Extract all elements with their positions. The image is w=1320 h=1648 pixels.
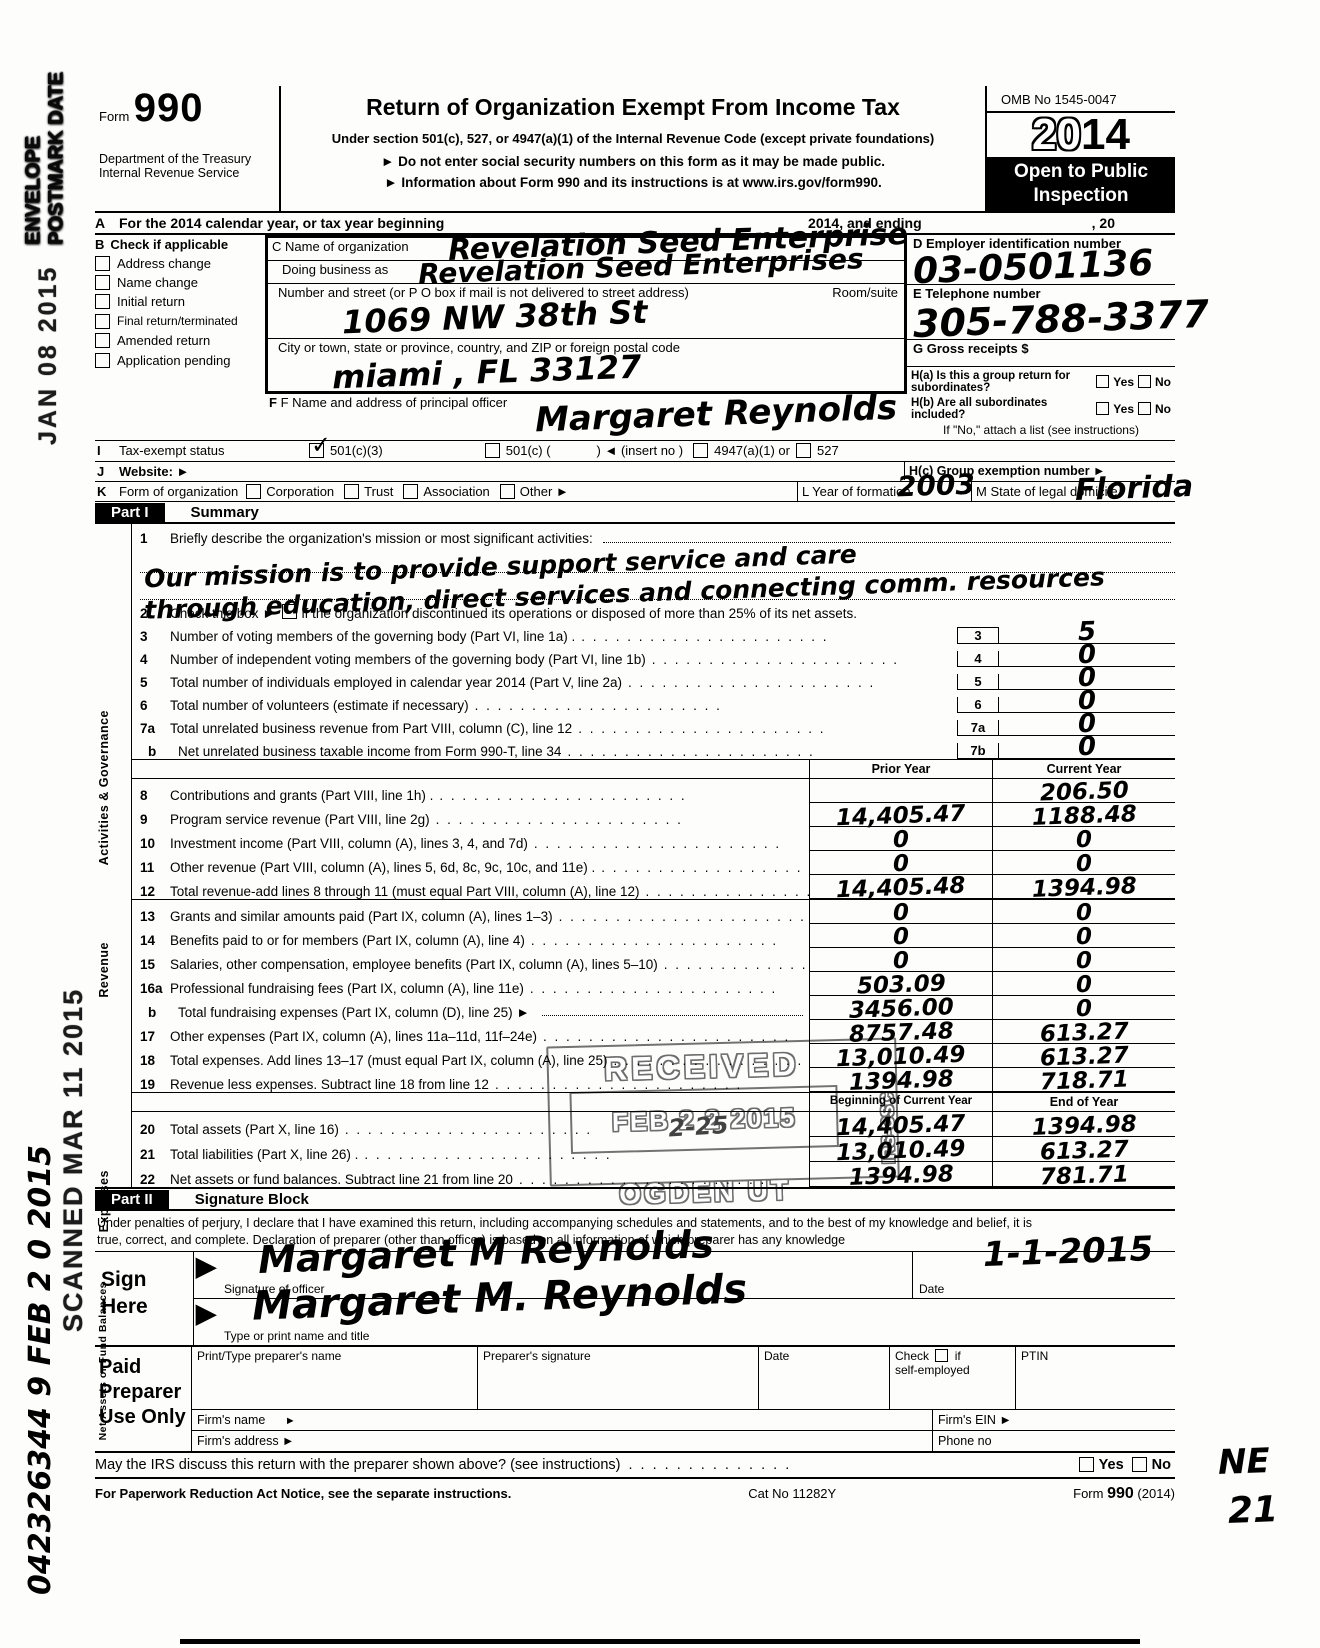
row16b-num: b [132, 1005, 178, 1020]
row7b-num: b [132, 744, 178, 759]
line-i-id: I [95, 443, 119, 458]
firm-name-cell[interactable]: Firm's name ► [192, 1410, 933, 1430]
row11-dots: . . . . . . . . . . . . . . . . . . . . … [601, 860, 809, 875]
association-checkbox[interactable] [403, 484, 418, 499]
row14-current: 0 [1076, 927, 1093, 947]
officer-signature-value: Margaret M Reynolds [258, 1228, 715, 1276]
row17-prior: 8757.48 [848, 1022, 953, 1045]
scanned-date: SCANNED MAR 11 2015 [58, 988, 88, 1332]
row15-current-cell: 0 [992, 948, 1175, 972]
row19-num: 19 [132, 1077, 170, 1092]
expense-row-16a: 16a Professional fundraising fees (Part … [132, 972, 1175, 996]
row3-text: Number of voting members of the governin… [170, 629, 581, 644]
row18-current-cell: 613.27 [992, 1044, 1175, 1068]
row10-current-cell: 0 [992, 827, 1175, 851]
row7b-dots: . . . . . . . . . . . . . . . . . . . . … [567, 744, 957, 759]
line1-num: 1 [132, 531, 170, 546]
ptin-cell[interactable]: PTIN [1016, 1347, 1175, 1409]
row8-text: Contributions and grants (Part VIII, lin… [170, 788, 439, 803]
row7b-box: 7b [957, 743, 999, 759]
here-word: Here [101, 1293, 193, 1320]
row14-num: 14 [132, 933, 170, 948]
sign-word: Sign [101, 1266, 193, 1293]
line-i: I Tax-exempt status ✓ 501(c)(3) 501(c) (… [95, 441, 1175, 462]
row14-text: Benefits paid to or for members (Part IX… [170, 933, 531, 948]
row15-prior-cell: 0 [809, 948, 992, 972]
checkbox-initial-return[interactable]: Initial return [95, 292, 265, 311]
address-block: BCheck if applicable Address change Name… [95, 235, 1175, 441]
row7a-num: 7a [132, 721, 170, 736]
row5-dots: . . . . . . . . . . . . . . . . . . . . … [628, 675, 957, 690]
row7b-text: Net unrelated business taxable income fr… [178, 744, 567, 759]
row12-prior-cell: 14,405.48 [809, 875, 992, 899]
line-a-text: For the 2014 calendar year, or tax year … [119, 215, 444, 231]
printed-name-row: ▶ Margaret M. Reynolds Type or print nam… [194, 1299, 1175, 1345]
paid-word: Paid [99, 1355, 191, 1380]
line1-text: Briefly describe the organization's miss… [170, 531, 599, 546]
row9-text: Program service revenue (Part VIII, line… [170, 812, 436, 827]
row14-current-cell: 0 [992, 924, 1175, 948]
row9-prior-cell: 14,405.47 [809, 803, 992, 827]
preparer-name-cell[interactable]: Print/Type preparer's name [192, 1347, 478, 1409]
form-word: Form [99, 109, 129, 124]
line-a-end: , 20 [1092, 215, 1115, 231]
row20-text: Total assets (Part X, line 16) [170, 1122, 345, 1137]
form-number-block: Form 990 Department of the Treasury Inte… [95, 86, 279, 211]
principal-officer-row: F F Name and address of principal office… [265, 394, 907, 440]
phone-value: 305-788-3377 [913, 298, 1210, 341]
row19-text: Revenue less expenses. Subtract line 18 … [170, 1077, 495, 1092]
postmark-line2: POSTMARK DATE [45, 72, 67, 245]
row12-current-cell: 1394.98 [992, 875, 1175, 899]
expense-row-14: 14 Benefits paid to or for members (Part… [132, 924, 1175, 948]
form-footer: For Paperwork Reduction Act Notice, see … [95, 1479, 1175, 1503]
part2-bar: Part II Signature Block [95, 1190, 1175, 1211]
part1-bar: Part I Summary [95, 503, 1175, 524]
row17-text: Other expenses (Part IX, column (A), lin… [170, 1029, 543, 1044]
year-of-formation-label: L Year of formation [802, 484, 911, 499]
preparer-word: Preparer [99, 1380, 191, 1405]
preparer-signature-cell[interactable]: Preparer's signature [478, 1347, 759, 1409]
row19-prior: 1394.98 [848, 1070, 953, 1093]
row9-dots: . . . . . . . . . . . . . . . . . . . . … [436, 812, 809, 827]
firm-address-cell[interactable]: Firm's address ► [192, 1431, 933, 1451]
discuss-no-checkbox[interactable] [1132, 1457, 1147, 1472]
sign-here-block: Sign Here ▶ Margaret M Reynolds Signatur… [95, 1251, 1175, 1347]
row10-prior-cell: 0 [809, 827, 992, 851]
firm-name-label: Firm's name [197, 1413, 265, 1427]
page-number-handwritten: 21 [1227, 1495, 1278, 1527]
line-b-id: B [95, 237, 104, 252]
application-pending-checkbox[interactable] [95, 353, 110, 368]
row5-box: 5 [957, 674, 999, 690]
preparer-row3: Firm's address ► Phone no [192, 1431, 1175, 1451]
row10-current: 0 [1076, 830, 1093, 850]
other-checkbox[interactable] [500, 484, 515, 499]
omb-number: OMB No 1545-0047 [987, 86, 1175, 111]
527-checkbox[interactable] [796, 443, 811, 458]
row16b-current: 0 [1076, 999, 1093, 1019]
preparer-date-label: Date [764, 1349, 789, 1363]
ha-yes-checkbox[interactable] [1096, 375, 1109, 388]
discontinued-checkbox[interactable] [282, 604, 297, 619]
row21-dots: . . . . . . . . . . . . . . . . . . . . … [364, 1147, 809, 1162]
gov-row-7b: b Net unrelated business taxable income … [132, 736, 1175, 759]
line-j: J Website: ► H(c) Group exemption number… [95, 462, 1175, 482]
row13-prior: 0 [893, 903, 910, 923]
row21-begin-cell: 13,010.49 [809, 1137, 992, 1162]
row18-current: 613.27 [1039, 1046, 1128, 1069]
hb-note: If "No," attach a list (see instructions… [911, 422, 1171, 438]
beginning-of-year-header: Beginning of Current Year [809, 1093, 992, 1111]
row6-dots: . . . . . . . . . . . . . . . . . . . . … [475, 698, 957, 713]
line2-pre: Check this box ► [170, 606, 282, 621]
row4-dots: . . . . . . . . . . . . . . . . . . . . … [652, 652, 957, 667]
preparer-row1: Print/Type preparer's name Preparer's si… [192, 1347, 1175, 1410]
form-990: Form 990 Department of the Treasury Inte… [95, 86, 1175, 1503]
ein-cell: D Employer identification number 03-0501… [907, 235, 1175, 286]
printed-name-label: Type or print name and title [224, 1329, 369, 1343]
org-name-box: C Name of organization Revelation Seed E… [265, 235, 907, 394]
corporation-checkbox[interactable] [246, 484, 261, 499]
checkboxes-column: BCheck if applicable Address change Name… [95, 235, 265, 440]
firm-ein-label: Firm's EIN ► [938, 1413, 1012, 1427]
discuss-yes-checkbox[interactable] [1079, 1457, 1094, 1472]
row6-box: 6 [957, 697, 999, 713]
row11-current-cell: 0 [992, 851, 1175, 875]
preparer-date-cell[interactable]: Date [759, 1347, 890, 1409]
row22-begin: 1394.98 [848, 1165, 953, 1188]
final-return-checkbox[interactable] [95, 314, 110, 329]
row7b-value-cell: 0 [999, 736, 1175, 759]
printed-name-cell[interactable]: Margaret M. Reynolds Type or print name … [218, 1299, 1175, 1345]
row22-end-cell: 781.71 [992, 1162, 1175, 1187]
expense-row-17: 17 Other expenses (Part IX, column (A), … [132, 1020, 1175, 1044]
postmark-line1: ENVELOPE [22, 136, 44, 245]
revenue-row-12: 12 Total revenue-add lines 8 through 11 … [132, 875, 1175, 900]
principal-officer-label: F Name and address of principal officer [281, 395, 508, 410]
initial-return-checkbox[interactable] [95, 294, 110, 309]
gov-row-4: 4 Number of independent voting members o… [132, 644, 1175, 667]
preparer-name-label: Print/Type preparer's name [197, 1349, 341, 1363]
row16a-num: 16a [132, 981, 170, 996]
row12-prior: 14,405.48 [836, 876, 966, 900]
row16a-current: 0 [1076, 975, 1093, 995]
row8-dots: . . . . . . . . . . . . . . . . . . . . … [439, 788, 809, 803]
checkbox-application-pending[interactable]: Application pending [95, 350, 265, 369]
form-footer-id: Form 990 (2014) [1073, 1485, 1175, 1503]
row17-current: 613.27 [1039, 1022, 1128, 1045]
discuss-row: May the IRS discuss this return with the… [95, 1453, 1175, 1479]
paid-preparer-block: Paid Preparer Use Only Print/Type prepar… [95, 1347, 1175, 1453]
row15-text: Salaries, other compensation, employee b… [170, 957, 664, 972]
line1-row: 1 Briefly describe the organization's mi… [132, 524, 1175, 546]
row16b-prior: 3456.00 [848, 998, 953, 1021]
row10-dots: . . . . . . . . . . . . . . . . . . . . … [534, 836, 809, 851]
row22-dots: . . . . . . . . . . . . . . . . . . . . … [519, 1172, 809, 1187]
row22-num: 22 [132, 1172, 170, 1187]
city-value: miami , FL 33127 [332, 353, 642, 391]
footer-form-word: Form [1073, 1486, 1103, 1501]
signature-date-value: 1-1-2015 [983, 1235, 1154, 1270]
check-if-label: if [955, 1349, 961, 1363]
row10-num: 10 [132, 836, 170, 851]
tax-exempt-status-label: Tax-exempt status [119, 443, 309, 458]
dba-label: Doing business as [272, 262, 388, 277]
postmark-date-stamp: JAN 08 2015 [34, 265, 63, 445]
other-label: Other ► [520, 484, 569, 499]
phone-no-cell[interactable]: Phone no [933, 1431, 1175, 1451]
row21-end-cell: 613.27 [992, 1137, 1175, 1162]
year-of-formation-value: 2003 [897, 472, 976, 499]
ha-no-checkbox[interactable] [1138, 375, 1151, 388]
part1-side-column: Activities & Governance Revenue Expenses… [95, 524, 132, 1188]
year-bold: 14 [1081, 110, 1130, 159]
row18-dots: . . . . . . . . . . . . . . . . . . . . … [613, 1053, 809, 1068]
row12-current: 1394.98 [1031, 877, 1136, 900]
row8-current-cell: 206.50 [992, 779, 1175, 803]
row11-prior-cell: 0 [809, 851, 992, 875]
line-a-id: A [95, 215, 119, 231]
side-label-expenses: Expenses [97, 1170, 111, 1232]
row7b-value: 0 [1078, 736, 1097, 759]
ein-phone-column: D Employer identification number 03-0501… [907, 235, 1175, 440]
row8-prior-cell [809, 779, 992, 803]
4947-label: 4947(a)(1) or [714, 443, 790, 458]
row15-num: 15 [132, 957, 170, 972]
net-row-20: 20 Total assets (Part X, line 16) . . . … [132, 1112, 1175, 1137]
trust-checkbox[interactable] [344, 484, 359, 499]
part1-title: Summary [191, 504, 259, 521]
row6-text: Total number of volunteers (estimate if … [170, 698, 475, 713]
margin-note-ne: NE [1218, 1447, 1271, 1478]
street-row: Number and street (or P O box if mail is… [268, 284, 904, 339]
row15-dots: . . . . . . . . . . . . . . . . . . . . … [664, 957, 809, 972]
row16a-dots: . . . . . . . . . . . . . . . . . . . . … [530, 981, 809, 996]
preparer-row2: Firm's name ► Firm's EIN ► [192, 1410, 1175, 1431]
org-name-label: C Name of organization [272, 239, 409, 254]
ha-label: H(a) Is this a group return for subordin… [911, 370, 1092, 394]
line-k-id: K [95, 484, 119, 499]
footer-form-number: 990 [1107, 1485, 1134, 1502]
row13-dots: . . . . . . . . . . . . . . . . . . . . … [559, 909, 809, 924]
signature-area: ▶ Margaret M Reynolds Signature of offic… [194, 1252, 1175, 1345]
dept-line2: Internal Revenue Service [99, 166, 277, 180]
row20-end: 1394.98 [1031, 1115, 1136, 1138]
gov-row-7a: 7a Total unrelated business revenue from… [132, 713, 1175, 736]
501c-checkbox[interactable] [485, 443, 500, 458]
row13-num: 13 [132, 909, 170, 924]
hb-no-checkbox[interactable] [1138, 402, 1151, 415]
prior-year-header: Prior Year [809, 760, 992, 778]
discuss-yes-label: Yes [1099, 1457, 1124, 1473]
form-of-org-label: Form of organization [119, 484, 238, 499]
gov-row-3: 3 Number of voting members of the govern… [132, 621, 1175, 644]
h-section: H(a) Is this a group return for subordin… [907, 367, 1175, 439]
4947-checkbox[interactable] [693, 443, 708, 458]
margin-note-value: NE [1217, 1441, 1270, 1483]
row11-text: Other revenue (Part VIII, column (A), li… [170, 860, 601, 875]
row11-num: 11 [132, 860, 170, 875]
ptin-label: PTIN [1021, 1349, 1048, 1363]
row13-current-cell: 0 [992, 900, 1175, 924]
form-title-block: Return of Organization Exempt From Incom… [279, 86, 985, 211]
revenue-row-9: 9 Program service revenue (Part VIII, li… [132, 803, 1175, 827]
row15-current: 0 [1076, 951, 1093, 971]
website-label: Website: ► [119, 464, 189, 479]
form-bullets: ► Do not enter social security numbers o… [287, 152, 979, 194]
page-number-value: 21 [1227, 1489, 1279, 1532]
row14-dots: . . . . . . . . . . . . . . . . . . . . … [531, 933, 809, 948]
trust-label: Trust [364, 484, 393, 499]
row19-current: 718.71 [1039, 1070, 1128, 1093]
row18-text: Total expenses. Add lines 13–17 (must eq… [170, 1053, 613, 1068]
scanned-stamp: SCANNED MAR 11 2015 [58, 988, 89, 1332]
line2-row: 2 Check this box ► if the organization d… [132, 600, 1175, 621]
form-header: Form 990 Department of the Treasury Inte… [95, 86, 1175, 213]
hb-yes-checkbox[interactable] [1096, 402, 1109, 415]
dln-value: 042326344 9 FEB 2 0 2015 [23, 1145, 58, 1595]
row20-end-cell: 1394.98 [992, 1112, 1175, 1137]
dln-handwritten: 042326344 9 FEB 2 0 2015 [28, 1145, 54, 1595]
omb-block: OMB No 1545-0047 2014 Open to Public Ins… [985, 86, 1175, 211]
self-employed-cell: Check if self-employed [890, 1347, 1016, 1409]
end-of-year-header: End of Year [992, 1093, 1175, 1111]
footer-form-year: (2014) [1137, 1486, 1175, 1501]
street-value: 1069 NW 38th St [342, 298, 648, 336]
postmark-date: JAN 08 2015 [34, 265, 62, 445]
row17-current-cell: 613.27 [992, 1020, 1175, 1044]
revenue-row-11: 11 Other revenue (Part VIII, column (A),… [132, 851, 1175, 875]
side-label-revenue: Revenue [97, 942, 111, 998]
checkbox-final-return[interactable]: Final return/terminated [95, 312, 265, 331]
gov-row-5: 5 Total number of individuals employed i… [132, 667, 1175, 690]
row16b-text: Total fundraising expenses (Part IX, col… [178, 1005, 536, 1020]
address-change-checkbox[interactable] [95, 256, 110, 271]
signature-date-cell[interactable]: 1-1-2015 Date [912, 1252, 1175, 1298]
gross-receipts-label: G Gross receipts $ [913, 341, 1029, 356]
expense-row-16b: b Total fundraising expenses (Part IX, c… [132, 996, 1175, 1020]
phone-cell: E Telephone number 305-788-3377 [907, 285, 1175, 340]
row9-current: 1188.48 [1031, 805, 1136, 828]
form-title: Return of Organization Exempt From Incom… [287, 94, 979, 121]
hb-no-label: No [1155, 402, 1171, 416]
row21-begin: 13,010.49 [836, 1139, 966, 1163]
self-employed-checkbox[interactable] [935, 1349, 948, 1362]
row20-dots: . . . . . . . . . . . . . . . . . . . . … [345, 1122, 809, 1137]
firm-name-caret-icon: ► [285, 1415, 296, 1427]
row21-end: 613.27 [1039, 1140, 1128, 1163]
checkbox-amended-return[interactable]: Amended return [95, 331, 265, 350]
firm-address-label: Firm's address ► [197, 1434, 294, 1448]
signature-date-label: Date [919, 1282, 944, 1296]
preparer-signature-label: Preparer's signature [483, 1349, 591, 1363]
hb-yes-label: Yes [1113, 402, 1134, 416]
row7a-text: Total unrelated business revenue from Pa… [170, 721, 578, 736]
row4-text: Number of independent voting members of … [170, 652, 652, 667]
row13-text: Grants and similar amounts paid (Part IX… [170, 909, 559, 924]
row12-dots: . . . . . . . . . . . . . . . . . . . . … [646, 884, 810, 899]
row4-num: 4 [132, 652, 170, 667]
row3-box: 3 [957, 627, 999, 644]
row19-dots: . . . . . . . . . . . . . . . . . . . . … [495, 1077, 809, 1092]
catalog-number: Cat No 11282Y [748, 1486, 836, 1501]
tax-year: 2014 [987, 111, 1175, 157]
row13-prior-cell: 0 [809, 900, 992, 924]
checkbox-address-change[interactable]: Address change [95, 254, 265, 273]
527-label: 527 [817, 443, 839, 458]
firm-ein-cell[interactable]: Firm's EIN ► [933, 1410, 1175, 1430]
501c-label: 501(c) ( [506, 443, 551, 458]
501c3-checkmark: ✓ [311, 434, 332, 455]
row5-text: Total number of individuals employed in … [170, 675, 628, 690]
discuss-text: May the IRS discuss this return with the… [95, 1457, 620, 1473]
row9-num: 9 [132, 812, 170, 827]
amended-return-checkbox[interactable] [95, 333, 110, 348]
row15-prior: 0 [893, 951, 910, 971]
revenue-row-10: 10 Investment income (Part VIII, column … [132, 827, 1175, 851]
open-line1: Open to Public [987, 160, 1175, 184]
initial-return-label: Initial return [117, 294, 185, 309]
year-of-formation-cell: L Year of formation 2003 [797, 482, 971, 501]
discuss-no-label: No [1152, 1457, 1171, 1473]
part2-title: Signature Block [195, 1191, 309, 1208]
hb-label: H(b) Are all subordinates included? [911, 397, 1092, 421]
row6-num: 6 [132, 698, 170, 713]
part1-tag: Part I [95, 503, 165, 522]
dba-row: Doing business as Revelation Seed Enterp… [268, 261, 904, 284]
department-block: Department of the Treasury Internal Reve… [99, 152, 277, 181]
check-label: Check [895, 1349, 929, 1363]
name-change-checkbox[interactable] [95, 275, 110, 290]
phone-no-label: Phone no [938, 1434, 992, 1448]
printed-name-caret-icon: ▶ [194, 1299, 218, 1345]
row17-num: 17 [132, 1029, 170, 1044]
row16a-text: Professional fundraising fees (Part IX, … [170, 981, 530, 996]
form-number: 990 [134, 86, 204, 130]
501c3-option[interactable]: ✓ [309, 443, 324, 459]
row20-begin-cell: 14,405.47 [809, 1112, 992, 1137]
row7a-dots: . . . . . . . . . . . . . . . . . . . . … [578, 721, 957, 736]
scanned-form-990-page: ENVELOPE POSTMARK DATE JAN 08 2015 SCANN… [0, 0, 1320, 1648]
bullet-no-ssn: ► Do not enter social security numbers o… [287, 152, 979, 173]
expense-row-13: 13 Grants and similar amounts paid (Part… [132, 900, 1175, 924]
row20-begin: 14,405.47 [836, 1114, 966, 1138]
row16a-prior-cell: 503.09 [809, 972, 992, 996]
row22-text: Net assets or fund balances. Subtract li… [170, 1172, 519, 1187]
row5-num: 5 [132, 675, 170, 690]
open-to-public-badge: Open to Public Inspection [987, 157, 1175, 211]
envelope-postmark-stamp: ENVELOPE POSTMARK DATE [22, 72, 68, 245]
line-j-id: J [95, 464, 119, 479]
part1-main: 1 Briefly describe the organization's mi… [132, 524, 1175, 1188]
net-row-21: 21 Total liabilities (Part X, line 26) .… [132, 1137, 1175, 1162]
row21-text: Total liabilities (Part X, line 26) . [170, 1147, 364, 1162]
row12-num: 12 [132, 884, 170, 899]
checkbox-name-change[interactable]: Name change [95, 273, 265, 292]
room-suite-label: Room/suite [832, 285, 898, 300]
row11-prior: 0 [893, 854, 910, 874]
row4-box: 4 [957, 651, 999, 667]
row13-current: 0 [1076, 903, 1093, 923]
row17-dots: . . . . . . . . . . . . . . . . . . . . … [543, 1029, 809, 1044]
line2-num: 2 [132, 606, 170, 621]
association-label: Association [423, 484, 489, 499]
row12-text: Total revenue-add lines 8 through 11 (mu… [170, 884, 646, 899]
row3-dots: . . . . . . . . . . . . . . . . . . . . … [581, 629, 957, 644]
row8-num: 8 [132, 788, 170, 803]
row14-prior-cell: 0 [809, 924, 992, 948]
